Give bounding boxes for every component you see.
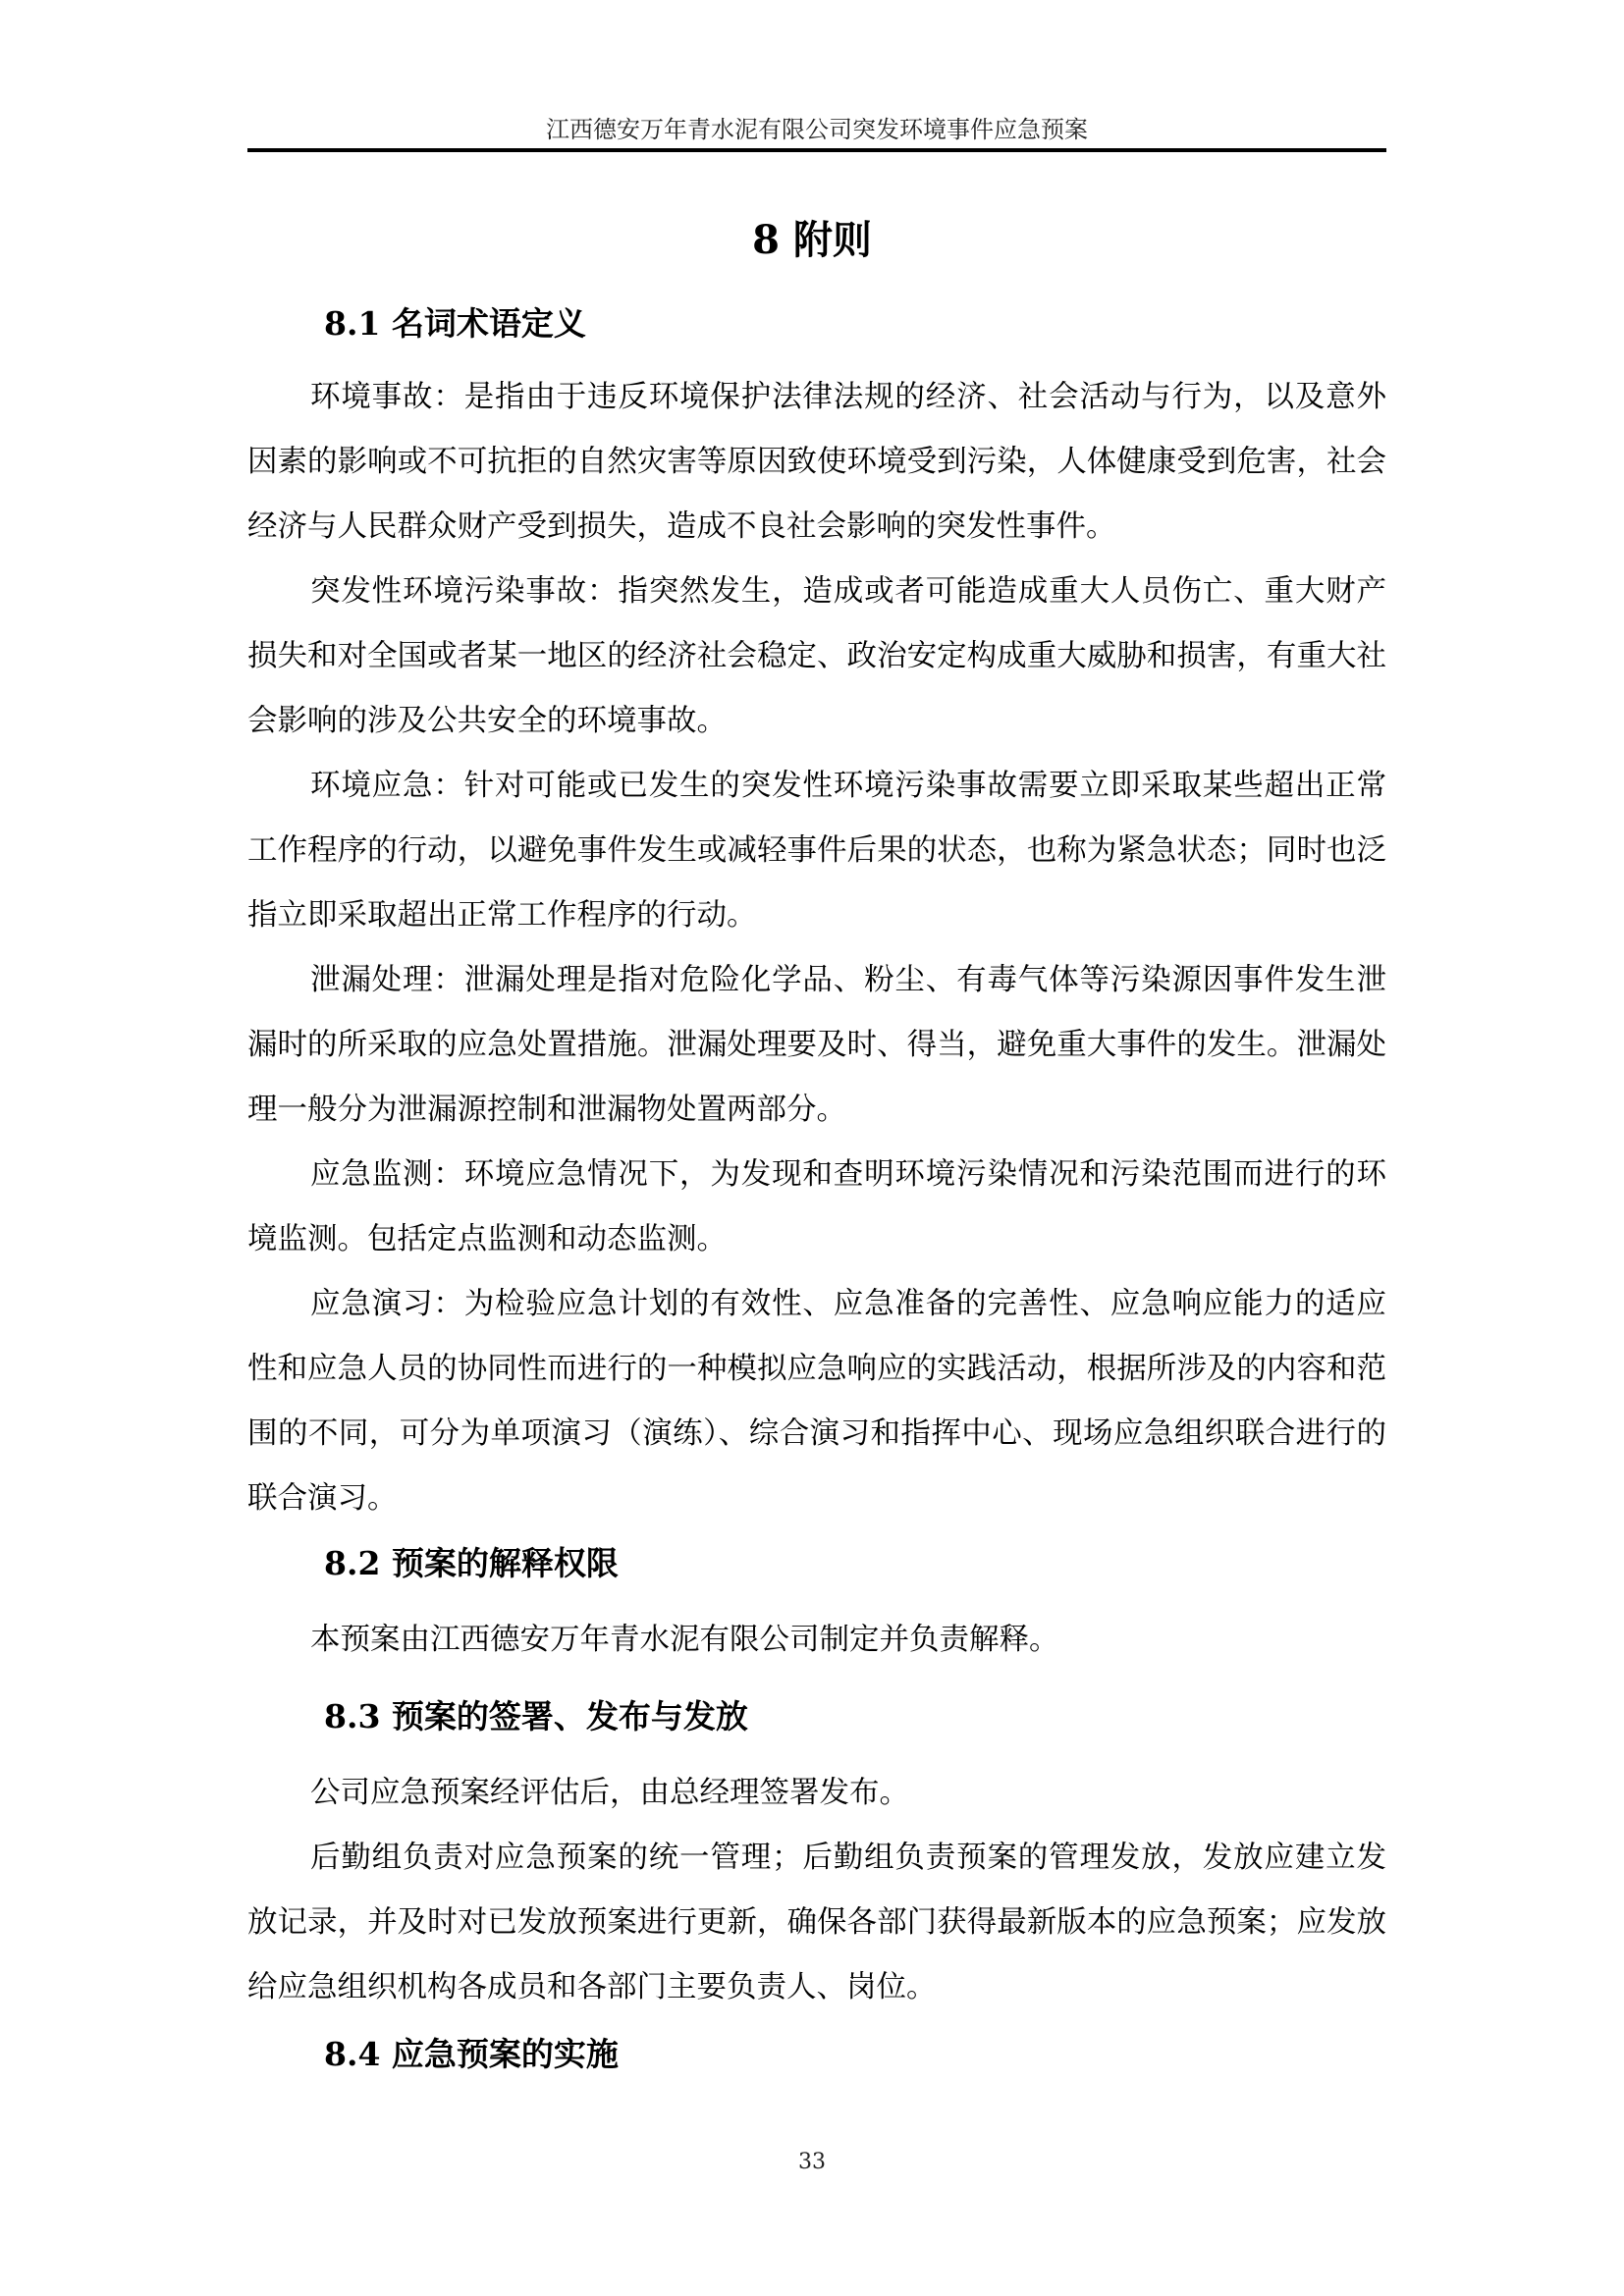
paragraph: 泄漏处理：泄漏处理是指对危险化学品、粉尘、有毒气体等污染源因事件发生泄漏时的所采… <box>247 948 1386 1143</box>
paragraph: 环境事故：是指由于违反环境保护法律法规的经济、社会活动与行为，以及意外因素的影响… <box>247 365 1386 560</box>
section-title-8-1: 8.1 名词术语定义 <box>324 299 586 348</box>
header-rule <box>247 148 1386 152</box>
chapter-title: 8 附则 <box>0 211 1624 270</box>
paragraph: 后勤组负责对应急预案的统一管理；后勤组负责预案的管理发放，发放应建立发放记录，并… <box>247 1826 1386 2020</box>
paragraph: 应急演习：为检验应急计划的有效性、应急准备的完善性、应急响应能力的适应性和应急人… <box>247 1272 1386 1531</box>
section-title-8-3: 8.3 预案的签署、发布与发放 <box>324 1692 748 1741</box>
paragraph: 本预案由江西德安万年青水泥有限公司制定并负责解释。 <box>247 1608 1386 1673</box>
page-number: 33 <box>0 2150 1624 2174</box>
paragraph: 公司应急预案经评估后，由总经理签署发布。 <box>247 1761 1386 1826</box>
paragraph: 环境应急：针对可能或已发生的突发性环境污染事故需要立即采取某些超出正常工作程序的… <box>247 754 1386 948</box>
section-title-8-4: 8.4 应急预案的实施 <box>324 2030 619 2079</box>
paragraph: 突发性环境污染事故：指突然发生，造成或者可能造成重大人员伤亡、重大财产损失和对全… <box>247 560 1386 754</box>
running-header: 江西德安万年青水泥有限公司突发环境事件应急预案 <box>247 116 1386 143</box>
paragraph: 应急监测：环境应急情况下，为发现和查明环境污染情况和污染范围而进行的环境监测。包… <box>247 1143 1386 1272</box>
section-title-8-2: 8.2 预案的解释权限 <box>324 1539 619 1588</box>
